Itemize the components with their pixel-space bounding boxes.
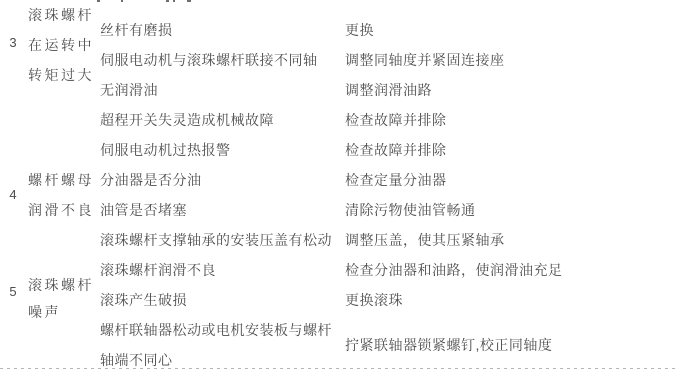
remedy-cell: 清除污物使油管畅通 bbox=[345, 195, 476, 225]
remedy-cell: 检查故障并排除 bbox=[345, 105, 447, 135]
remedy-cell: 检查定量分油器 bbox=[345, 165, 447, 195]
fault-name-line: 润滑不良 bbox=[28, 195, 94, 225]
cause-cell: 无润滑油 bbox=[100, 75, 344, 105]
item-number: 4 bbox=[4, 165, 22, 225]
fault-name-line: 在运转中 bbox=[28, 30, 94, 60]
remedy-cell: 更换 bbox=[345, 15, 374, 45]
fault-name-line: 滚珠螺杆 bbox=[28, 270, 94, 300]
clipped-row-fragments bbox=[0, 0, 676, 3]
cause-cell: 油管是否堵塞 bbox=[100, 195, 344, 225]
remedy-cell: 调整润滑油路 bbox=[345, 75, 432, 105]
cause-cell: 滚珠螺杆支撑轴承的安装压盖有松动 bbox=[100, 225, 344, 255]
item-number: 5 bbox=[4, 277, 22, 307]
cause-cell: 分油器是否分油 bbox=[100, 165, 344, 195]
cause-cell: 伺服电动机过热报警 bbox=[100, 135, 344, 165]
fault-name-line: 滚珠螺杆 bbox=[28, 0, 94, 30]
item-number: 3 bbox=[4, 28, 22, 58]
cause-cell: 超程开关失灵造成机械故障 bbox=[100, 105, 344, 135]
remedy-cell: 调整同轴度并紧固连接座 bbox=[345, 45, 505, 75]
fault-name-line: 螺杆螺母 bbox=[28, 165, 94, 195]
cause-cell: 滚珠产生破损 bbox=[100, 285, 344, 315]
remedy-cell: 检查故障并排除 bbox=[345, 135, 447, 165]
remedy-cell: 拧紧联轴器锁紧螺钉,校正同轴度 bbox=[345, 315, 552, 375]
fault-name-line: 噪声 bbox=[28, 297, 61, 327]
remedy-cell: 调整压盖，使其压紧轴承 bbox=[345, 225, 505, 255]
cause-cell: 丝杆有磨损 bbox=[100, 15, 344, 45]
cause-cell: 螺杆联轴器松动或电机安装板与螺杆轴端不同心 bbox=[100, 315, 344, 375]
remedy-cell: 更换滚珠 bbox=[345, 285, 403, 315]
cause-cell: 滚珠螺杆润滑不良 bbox=[100, 255, 344, 285]
cause-cell: 伺服电动机与滚珠螺杆联接不同轴 bbox=[100, 45, 344, 75]
document-page: 3 滚珠螺杆 在运转中 转矩过大 丝杆有磨损 更换 伺服电动机与滚珠螺杆联接不同… bbox=[0, 0, 676, 377]
page-break-dotted-line bbox=[0, 368, 676, 369]
remedy-cell: 检查分油器和油路，使润滑油充足 bbox=[345, 255, 563, 285]
fault-name-line: 转矩过大 bbox=[28, 60, 94, 90]
